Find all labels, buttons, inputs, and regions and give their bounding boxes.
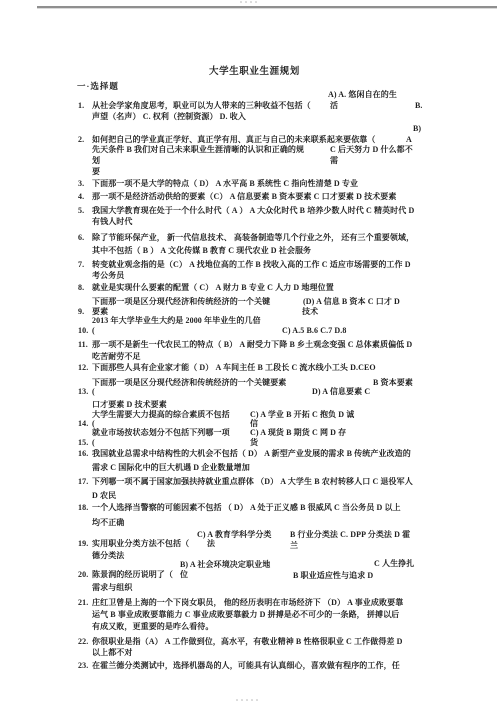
text-line-segment: 2. <box>78 135 84 145</box>
text-line-segment: 以上都不对 <box>92 648 133 658</box>
text-line-segment: 需求 C 国际化中的巨大机遇 D 企业数量增加 <box>92 463 250 473</box>
text-line-segment: B 资本要素 <box>373 378 413 388</box>
text-line-segment: 下面那一项是区分现代经济和传统经济的一个关键 <box>92 297 270 307</box>
text-line-segment: 在霍兰德分类测试中，选择机器岛的人，可能具有认真细心，喜欢做有程序的工作，任 <box>92 661 400 671</box>
text-line-segment: 转变就业观念指的是（C） A 找地位高的工作 B 找收入高的工作 C 适应市场需… <box>92 260 411 270</box>
text-line-segment: 那一项不是经济活动供给的要素（C） A 信息要素 B 资本要素 C 口才要素 D… <box>92 192 397 202</box>
text-line-segment: 10. <box>78 326 88 336</box>
text-line-segment: 从社会学家角度思考，职业可以为人带来的三种收益不包括（ <box>92 101 311 111</box>
text-line-segment: 考公务员 <box>92 271 124 281</box>
text-line-segment: 20. <box>78 570 88 580</box>
text-line-segment: 19. <box>78 539 88 549</box>
text-line-segment: 16. <box>78 449 88 459</box>
text-line-segment: ( <box>92 326 95 336</box>
text-line-segment: C) A 现货 B 期货 C 网 D 存 <box>250 428 346 438</box>
text-line-segment: 我国就业总需求中结构性的大机会不包括（ D） A 新型产业发展的需求 B 传统产… <box>92 449 411 459</box>
text-line-segment: 14. <box>78 419 88 429</box>
text-line-segment: 均不正确 <box>92 518 124 528</box>
text-line-segment: 就业市场按状态划分不包括下列哪一项 <box>92 428 230 438</box>
text-line-segment: B) A 社会环境决定职业地 <box>180 560 270 570</box>
text-line-segment: 声望（名声） C. 权利（控制资源） D. 收入 <box>92 112 246 122</box>
text-line-segment: ( <box>92 438 95 448</box>
section-heading: 一·选择题 <box>77 80 119 92</box>
text-line-segment: 要 <box>92 167 100 177</box>
text-line-segment: 12. <box>78 363 88 373</box>
text-line-segment: A <box>406 135 412 145</box>
text-line-segment: ( <box>92 387 95 397</box>
text-line-segment: B. <box>415 101 423 111</box>
text-line-segment: 口才要素 D 技术要素 <box>92 400 167 410</box>
text-line-segment: C) A 学业 B 开拓 C 抱负 D 诚 <box>250 410 354 420</box>
text-line-segment: 如何把自己的学业真正学好、真正学有用、真正与自己的未来联系起来要依靠（ <box>92 135 376 145</box>
text-line-segment: 技术 <box>302 307 318 317</box>
text-line-segment: 吃苦耐劳不足 <box>92 352 141 362</box>
text-line-segment: 需求与组织 <box>92 583 133 593</box>
text-line-segment: 18. <box>78 503 88 513</box>
text-line-segment: 6. <box>78 233 84 243</box>
text-line-segment: 2013 年大学毕业生大约是 2000 年毕业生的几倍 <box>92 316 261 326</box>
text-line-segment: 实用职业分类方法不包括（ <box>92 539 189 549</box>
text-line-segment: 需 <box>330 156 338 166</box>
text-line-segment: 其中不包括（ B ） A 文化传媒 B 教育 C 现代农业 D 社会服务 <box>92 246 311 256</box>
text-line-segment: 15. <box>78 438 88 448</box>
text-line-segment: 那一项不是新生一代农民工的特点（ B） A 耐受力下降 B 乡土观念变强 C 总… <box>92 340 412 350</box>
text-line-segment: C 后天努力 D 什么都不 <box>330 145 413 155</box>
text-line-segment: 21. <box>78 598 88 608</box>
text-line-segment: 就业是实现什么要素的配置（ C） A 财力 B 专业 C 人力 D 地理位置 <box>92 283 334 293</box>
text-line-segment: 运气 B 事业成败要靠能力 C 事业成败要靠毅力 D 拼搏是必不可少的一条路， … <box>92 610 399 620</box>
text-line-segment: 我国大学教育现在处于一个什么时代（ A ） A 大众化时代 B 培养少数人时代 … <box>92 206 414 216</box>
text-line-segment: B) <box>413 124 421 134</box>
page-title: 大学生职业生涯规划 <box>209 63 300 77</box>
text-line-segment: 下面那一项是区分现代经济和传统经济的一个关键要素 <box>92 378 286 388</box>
text-line-segment: C 人生挣扎 <box>374 559 414 569</box>
text-line-segment: 22. <box>78 637 88 647</box>
text-line-segment: D) A 信息要素 C <box>312 387 370 397</box>
text-line-segment: 13. <box>78 387 88 397</box>
text-line-segment: 活 <box>330 101 338 111</box>
text-line-segment: C) A.5 B.6 C.7 D.8 <box>282 326 346 336</box>
text-line-segment: 法 <box>207 539 215 549</box>
text-line-segment: 5. <box>78 206 84 216</box>
text-line-segment: B 行业分类法 C. DPP 分类法 D 霍 <box>290 530 410 540</box>
text-line-segment: 1. <box>78 101 84 111</box>
text-line-segment: 除了节能环保产业， 新一代信息技术、 高装备制造等几个行业之外， 还有三个重要领… <box>92 233 414 243</box>
text-line-segment: 下面那些人具有企业家才能（ D） A 车间主任 B 工段长 C 流水线小工头 D… <box>92 363 376 373</box>
text-line-segment: 3. <box>78 179 84 189</box>
text-line-segment: (D) A 信息 B 资本 C 口才 D <box>303 297 400 307</box>
text-line-segment: 兰 <box>290 541 298 551</box>
footer-dots: ····· <box>236 698 261 704</box>
text-line-segment: 德分类法 <box>92 551 124 561</box>
text-line-segment: D 农民 <box>92 491 116 501</box>
text-line-segment: 11. <box>78 340 88 350</box>
document-page: ···· 大学生职业生涯规划 一·选择题 A) A. 悠闲自在的生1.从社会学家… <box>0 0 500 708</box>
text-line-segment: 先天条件 B 我们对自己未来职业生涯清晰的认识和正确的规 <box>92 145 304 155</box>
text-line-segment: 下列哪一项不属于国家加强扶持就业重点群体 （D） A 大学生 B 农村转移人口 … <box>92 477 413 487</box>
text-line-segment: 4. <box>78 192 84 202</box>
text-line-segment: 有钱人时代 <box>92 217 133 227</box>
text-line-segment: 8. <box>78 283 84 293</box>
text-line-segment: A) A. 悠闲自在的生 <box>328 90 397 100</box>
text-line-segment: 下面那一项不是大学的特点（ D） A 水平高 B 系统性 C 指向性清楚 D 专… <box>92 179 358 189</box>
text-line-segment: 划 <box>92 156 100 166</box>
text-line-segment: 位 <box>180 570 188 580</box>
text-line-segment: 7. <box>78 260 84 270</box>
text-line-segment: 庄红卫曾是上海的一个下岗女职员， 他的经历表明在市场经济下 （D） A 事业成败… <box>92 598 403 608</box>
text-line-segment: 9. <box>78 307 84 317</box>
text-line-segment: 17. <box>78 477 88 487</box>
text-line-segment: 一个人选择当警察的可能因素不包括 （ D） A 处于正义感 B 很威风 C 当公… <box>92 503 401 513</box>
text-line-segment: 有成又败，更重要的是咋么看待。 <box>92 622 214 632</box>
text-line-segment: 你很职业是指（A） A 工作做到位，高水平，有敬业精神 B 性格很职业 C 工作… <box>92 637 403 647</box>
text-line-segment: B 职业适应性与追求 D <box>293 571 373 581</box>
text-line-segment: 大学生需要大力提高的综合素质不包括 <box>92 410 230 420</box>
page-top-rule <box>37 6 497 9</box>
text-line-segment: 陈景润的经历说明了（ <box>92 570 173 580</box>
text-line-segment: 23. <box>78 661 88 671</box>
text-line-segment: 货 <box>250 438 258 448</box>
